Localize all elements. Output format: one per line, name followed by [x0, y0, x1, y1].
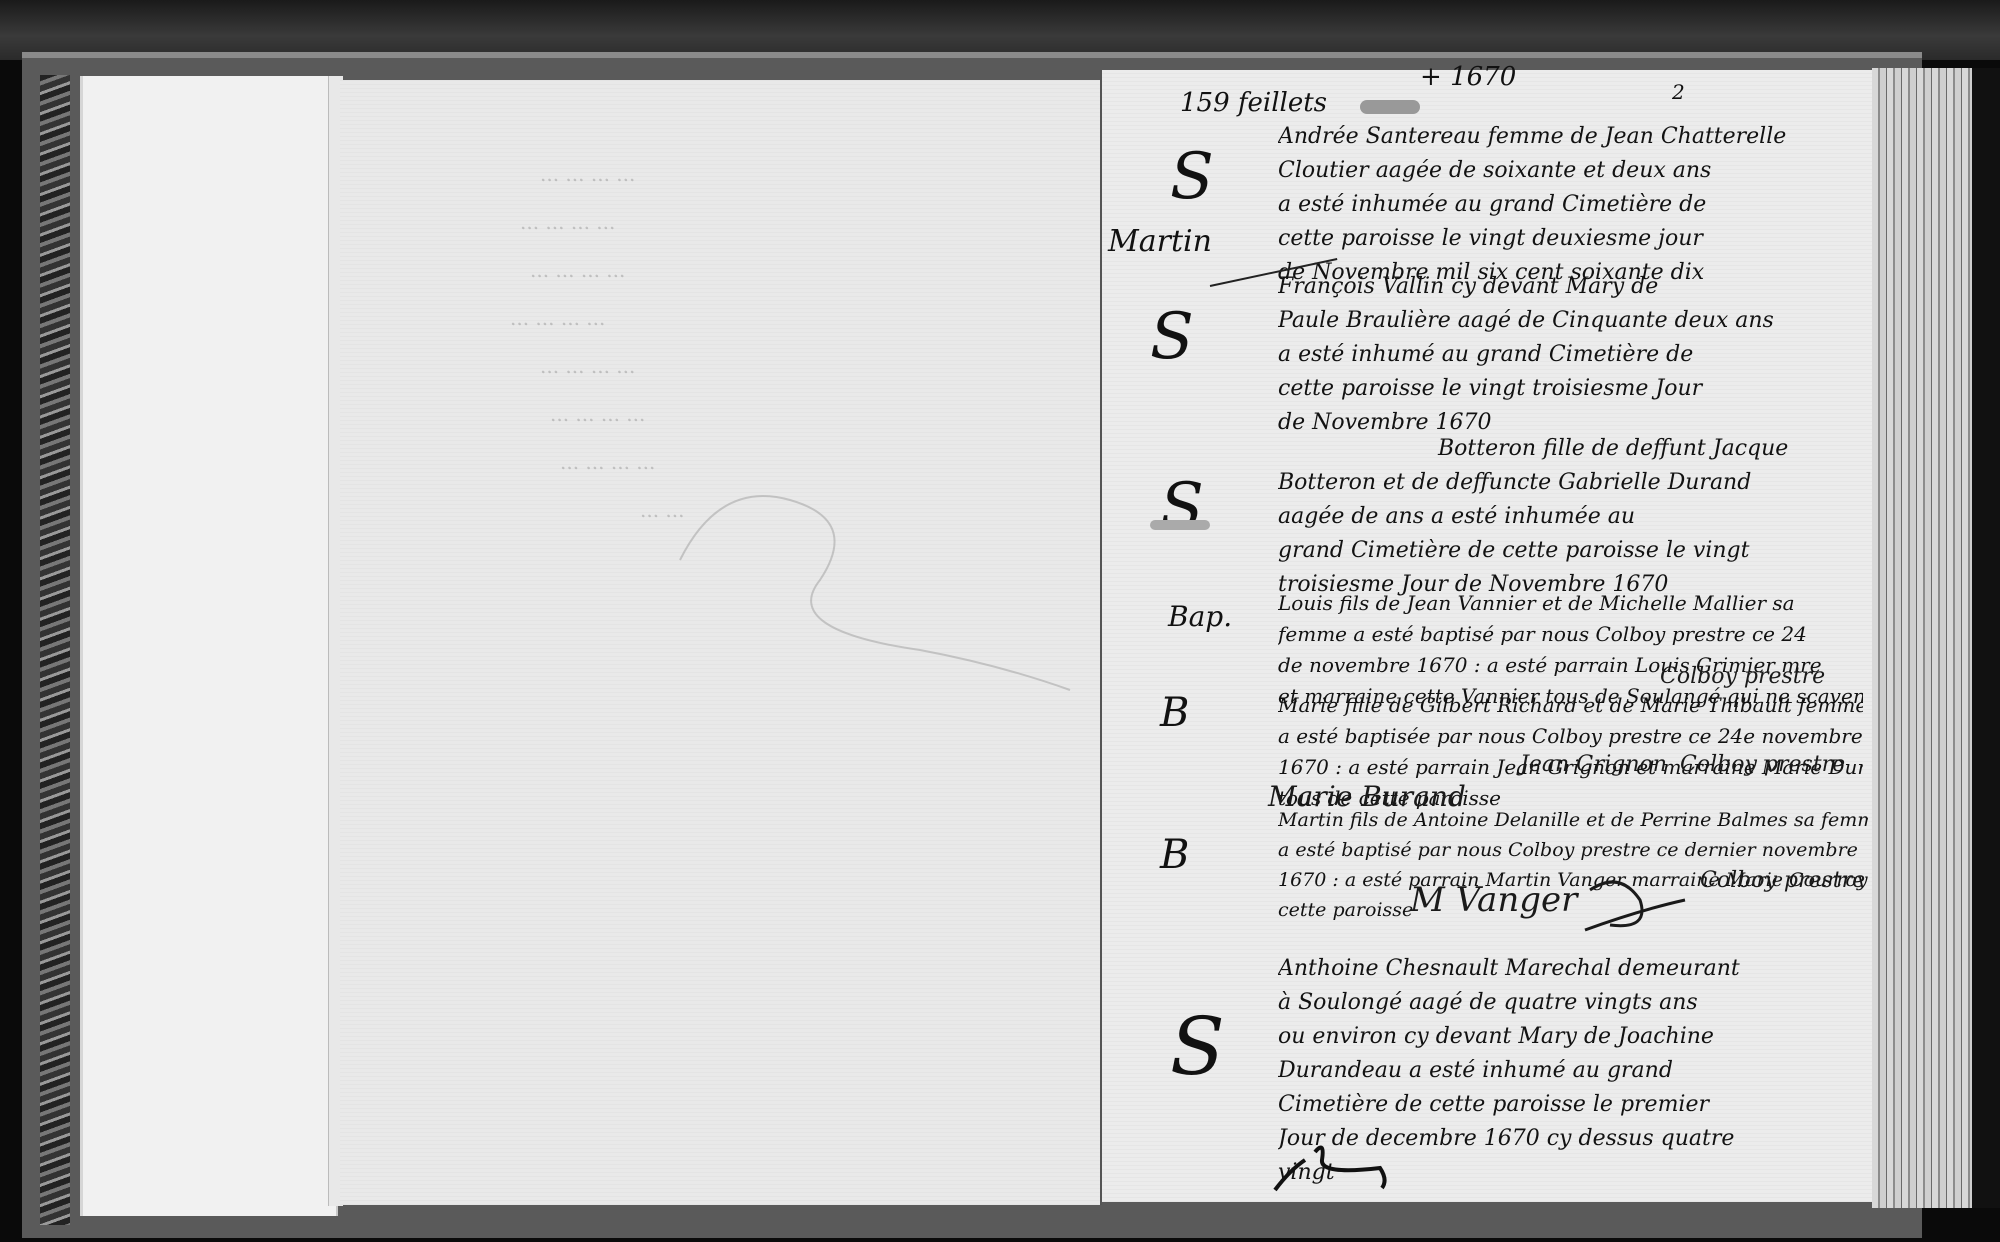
- page-edge-stack: [1872, 68, 1972, 1208]
- entry-line: a esté inhumée au grand Cimetière de: [1278, 188, 1858, 222]
- entry-line: Durandeau a esté inhumé au grand: [1278, 1054, 1868, 1088]
- entry-line: Paule Braulière aagé de Cinquante deux a…: [1278, 304, 1858, 338]
- entry-line: Marie fille de Gilbert Richard et de Mar…: [1278, 690, 1863, 721]
- page-number: 2: [1672, 80, 1685, 104]
- entry-line: aagée de ans a esté inhumée au: [1278, 500, 1858, 534]
- burial-entry: Andrée Santereau femme de Jean Chatterel…: [1278, 120, 1858, 290]
- burial-entry: Botteron fille de deffunt Jacque Bottero…: [1278, 432, 1858, 602]
- entry-line: Louis fils de Jean Vannier et de Michell…: [1278, 588, 1863, 619]
- margin-name: Martin: [1108, 224, 1212, 259]
- year-note-prefix: +: [1420, 62, 1450, 92]
- left-page: ... ... ... ... ... ... ... ... ... ... …: [340, 80, 1102, 1205]
- baptism-mark: B: [1160, 832, 1189, 878]
- priest-signature: Colboy prestre: [1700, 868, 1865, 893]
- entry-line: à Soulongé aagé de quatre vingts ans: [1278, 986, 1868, 1020]
- blank-insert-sheet: [80, 76, 338, 1216]
- scanner-top-edge: [0, 0, 2000, 60]
- entry-line: Cimetière de cette paroisse le premier: [1278, 1088, 1868, 1122]
- godparent-signature: Jean Grignon: [1520, 752, 1667, 777]
- entry-line: grand Cimetière de cette paroisse le vin…: [1278, 534, 1858, 568]
- folio-note: 159 feillets: [1180, 88, 1327, 118]
- year-note: + 1670: [1420, 62, 1516, 92]
- bleed-line: ... ... ... ...: [520, 198, 615, 246]
- footer-flourish: [1270, 1140, 1390, 1200]
- entry-line: a esté baptisée par nous Colboy prestre …: [1278, 721, 1863, 752]
- burial-mark: S: [1150, 300, 1194, 374]
- bleed-line: ... ... ... ...: [550, 390, 645, 438]
- marbled-endpaper: [40, 75, 70, 1225]
- entry-line: Cloutier aagée de soixante et deux ans: [1278, 154, 1858, 188]
- ink-smudge: [1150, 520, 1210, 530]
- entry-line: Anthoine Chesnault Marechal demeurant: [1278, 952, 1868, 986]
- entry-line: François Vallin cy devant Mary de: [1278, 270, 1858, 304]
- ink-smudge: [1360, 100, 1420, 114]
- entry-line: Botteron fille de deffunt Jacque: [1278, 432, 1858, 466]
- entry-line: a esté inhumé au grand Cimetière de: [1278, 338, 1858, 372]
- bleed-flourish: [660, 440, 1080, 700]
- scan-shadow: [1972, 68, 2000, 1208]
- bleed-line: ... ... ... ...: [540, 342, 635, 390]
- burial-mark: S: [1170, 140, 1214, 214]
- bleed-line: ... ... ... ...: [510, 294, 605, 342]
- bleed-line: ... ... ... ...: [530, 246, 625, 294]
- entry-line: ou environ cy devant Mary de Joachine: [1278, 1020, 1868, 1054]
- burial-mark: S: [1170, 1000, 1225, 1093]
- baptism-mark: Bap.: [1168, 600, 1232, 633]
- year-note-value: 1670: [1450, 62, 1516, 92]
- entry-line: cette paroisse le vingt deuxiesme jour: [1278, 222, 1858, 256]
- entry-line: Botteron et de deffuncte Gabrielle Duran…: [1278, 466, 1858, 500]
- bleed-line: ... ... ... ...: [540, 150, 635, 198]
- bleed-line: ... ... ... ...: [560, 438, 655, 486]
- entry-line: a esté baptisé par nous Colboy prestre c…: [1278, 835, 1868, 865]
- entry-line: femme a esté baptisé par nous Colboy pre…: [1278, 619, 1863, 650]
- godparent-signature: M Vanger: [1410, 880, 1577, 920]
- baptism-mark: B: [1160, 690, 1189, 736]
- entry-line: Andrée Santereau femme de Jean Chatterel…: [1278, 120, 1858, 154]
- entry-line: cette paroisse le vingt troisiesme Jour: [1278, 372, 1858, 406]
- priest-signature: Colboy prestre: [1680, 752, 1845, 777]
- priest-signature: Colboy prestre: [1660, 664, 1825, 689]
- burial-entry: François Vallin cy devant Mary de Paule …: [1278, 270, 1858, 440]
- signature-paraph: [1580, 870, 1690, 940]
- entry-line: Martin fils de Antoine Delanille et de P…: [1278, 805, 1868, 835]
- burial-mark: S: [1160, 470, 1204, 544]
